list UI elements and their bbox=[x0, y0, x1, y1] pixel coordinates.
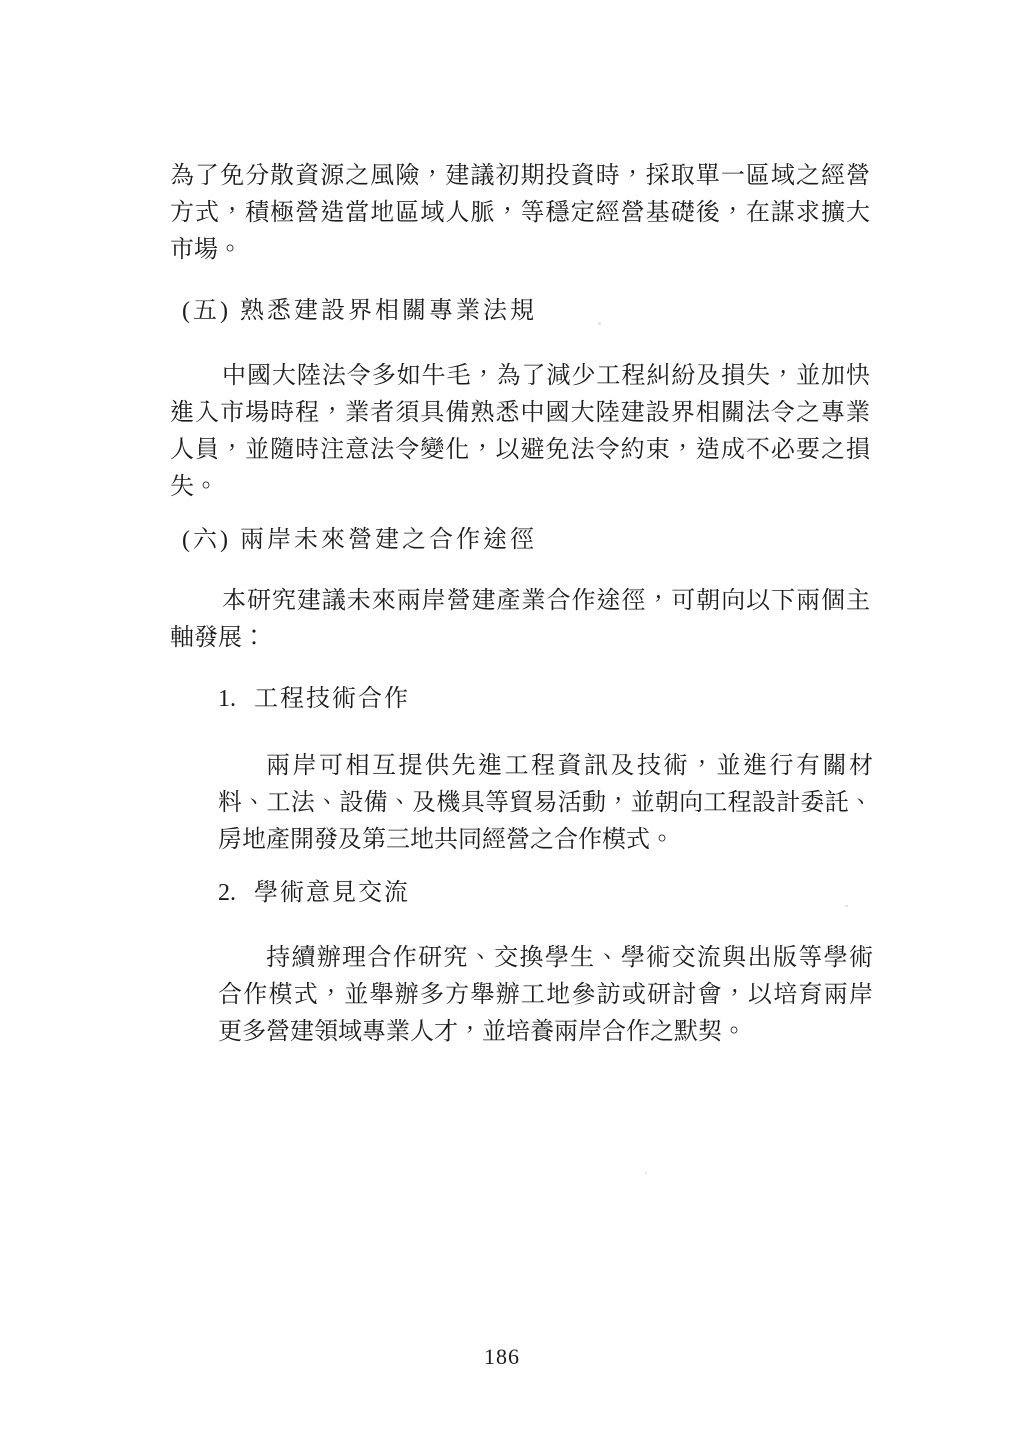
text-line: 失。 bbox=[170, 469, 870, 506]
text-line: 料、工法、設備、及機具等貿易活動，並朝向工程設計委託、 bbox=[218, 785, 873, 822]
text-line: 更多營建領域專業人才，並培養兩岸合作之默契。 bbox=[218, 1014, 873, 1051]
list-item-number: 2. bbox=[218, 875, 236, 912]
list-item-number: 1. bbox=[218, 681, 236, 718]
text-line: 合作模式，並舉辦多方舉辦工地參訪或研討會，以培育兩岸 bbox=[218, 977, 873, 1014]
text-line: 兩岸可相互提供先進工程資訊及技術，並進行有關材 bbox=[218, 748, 873, 785]
paragraph-engineering-detail: 兩岸可相互提供先進工程資訊及技術，並進行有關材 料、工法、設備、及機具等貿易活動… bbox=[218, 748, 873, 859]
text-line: 市場。 bbox=[170, 232, 870, 269]
scan-speckle bbox=[845, 905, 848, 907]
text-line: 人員，並隨時注意法令變化，以避免法令約束，造成不必要之損 bbox=[170, 432, 870, 469]
paragraph-market-risk: 為了免分散資源之風險，建議初期投資時，採取單一區域之經營 方式，積極營造當地區域… bbox=[170, 158, 870, 269]
list-item-title: 學術意見交流 bbox=[254, 880, 410, 906]
text-line: 持續辦理合作研究、交換學生、學術交流與出版等學術 bbox=[218, 940, 873, 977]
text-line: 進入市場時程，業者須具備熟悉中國大陸建設界相關法令之專業 bbox=[170, 395, 870, 432]
text-line: 為了免分散資源之風險，建議初期投資時，採取單一區域之經營 bbox=[170, 158, 870, 195]
text-line: 房地產開發及第三地共同經營之合作模式。 bbox=[218, 822, 873, 859]
page-content: 為了免分散資源之風險，建議初期投資時，採取單一區域之經營 方式，積極營造當地區域… bbox=[170, 158, 870, 1051]
text-line: 軸發展： bbox=[170, 620, 870, 657]
scan-speckle bbox=[598, 322, 601, 325]
list-item-title: 工程技術合作 bbox=[254, 686, 410, 712]
paragraph-cooperation-paths: 本研究建議未來兩岸營建產業合作途徑，可朝向以下兩個主 軸發展： bbox=[170, 583, 870, 657]
page-number: 186 bbox=[0, 1344, 1004, 1370]
scan-speckle bbox=[645, 1172, 647, 1174]
text-line: 中國大陸法令多如牛毛，為了減少工程糾紛及損失，並加快 bbox=[170, 358, 870, 395]
section-heading-6: (六) 兩岸未來營建之合作途徑 bbox=[170, 522, 870, 559]
text-line: 本研究建議未來兩岸營建產業合作途徑，可朝向以下兩個主 bbox=[170, 583, 870, 620]
document-page: 為了免分散資源之風險，建議初期投資時，採取單一區域之經營 方式，積極營造當地區域… bbox=[0, 0, 1024, 1450]
paragraph-mainland-law: 中國大陸法令多如牛毛，為了減少工程糾紛及損失，並加快 進入市場時程，業者須具備熟… bbox=[170, 358, 870, 506]
text-line: 方式，積極營造當地區域人脈，等穩定經營基礎後，在謀求擴大 bbox=[170, 195, 870, 232]
section-heading-5: (五) 熟悉建設界相關專業法規 bbox=[170, 293, 870, 330]
paragraph-academic-detail: 持續辦理合作研究、交換學生、學術交流與出版等學術 合作模式，並舉辦多方舉辦工地參… bbox=[218, 940, 873, 1051]
list-item-2-academic-exchange: 2.學術意見交流 bbox=[170, 875, 870, 912]
list-item-1-engineering-cooperation: 1.工程技術合作 bbox=[170, 681, 870, 718]
